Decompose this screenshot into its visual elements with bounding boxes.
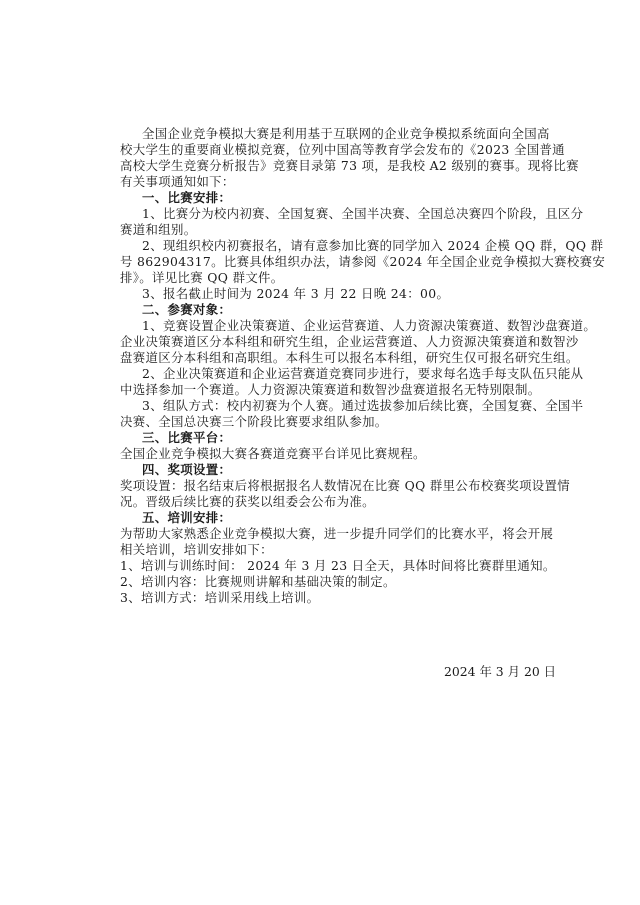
intro-line: 全国企业竞争模拟大赛是利用基于互联网的企业竞争模拟系统面向全国高 bbox=[142, 126, 564, 142]
body-line: 中选择参加一个赛道。人力资源决策赛道和数智沙盘赛道报名无特别限制。 bbox=[120, 382, 542, 398]
body-line: 1、竞赛设置企业决策赛道、企业运营赛道、人力资源决策赛道、数智沙盘赛道。 bbox=[142, 318, 564, 334]
body-line: 赛道和组别。 bbox=[120, 222, 542, 238]
document-date: 2024 年 3 月 20 日 bbox=[444, 664, 556, 680]
body-line: 1、培训与训练时间： 2024 年 3 月 23 日全天，具体时间将比赛群里通知… bbox=[120, 558, 542, 574]
intro-line: 有关事项通知如下： bbox=[120, 174, 542, 190]
body-line: 号 862904317。比赛具体组织办法，请参阅《2024 年全国企业竞争模拟大… bbox=[120, 254, 542, 270]
body-line: 2、培训内容：比赛规则讲解和基础决策的制定。 bbox=[120, 574, 542, 590]
section-heading-platform: 三、比赛平台： bbox=[142, 430, 564, 446]
body-line: 相关培训，培训安排如下： bbox=[120, 542, 542, 558]
section-heading-training: 五、培训安排： bbox=[142, 510, 564, 526]
document-page: 全国企业竞争模拟大赛是利用基于互联网的企业竞争模拟系统面向全国高 校大学生的重要… bbox=[0, 0, 640, 905]
body-line: 企业决策赛道区分本科组和研究生组，企业运营赛道、人力资源决策赛道和数智沙 bbox=[120, 334, 542, 350]
body-line: 盘赛道区分本科组和高职组。本科生可以报名本科组，研究生仅可报名研究生组。 bbox=[120, 350, 542, 366]
body-line: 决赛、全国总决赛三个阶段比赛要求组队参加。 bbox=[120, 414, 542, 430]
body-line: 2、企业决策赛道和企业运营赛道竞赛同步进行，要求每名选手每支队伍只能从 bbox=[142, 366, 564, 382]
section-heading-participants: 二、参赛对象： bbox=[142, 302, 564, 318]
body-line: 奖项设置：报名结束后将根据报名人数情况在比赛 QQ 群里公布校赛奖项设置情 bbox=[120, 478, 542, 494]
body-line: 为帮助大家熟悉企业竞争模拟大赛，进一步提升同学们的比赛水平，将会开展 bbox=[120, 526, 542, 542]
body-line: 排》。详见比赛 QQ 群文件。 bbox=[120, 270, 542, 286]
body-line: 况。晋级后续比赛的获奖以组委会公布为准。 bbox=[120, 494, 542, 510]
intro-line: 高校大学生竞赛分析报告》竞赛目录第 73 项，是我校 A2 级别的赛事。现将比赛 bbox=[120, 158, 542, 174]
body-line: 3、报名截止时间为 2024 年 3 月 22 日晚 24：00。 bbox=[142, 286, 564, 302]
body-line: 2、现组织校内初赛报名，请有意参加比赛的同学加入 2024 企模 QQ 群，QQ… bbox=[142, 238, 564, 254]
section-heading-awards: 四、奖项设置： bbox=[142, 462, 564, 478]
intro-line: 校大学生的重要商业模拟竞赛，位列中国高等教育学会发布的《2023 全国普通 bbox=[120, 142, 542, 158]
body-line: 1、比赛分为校内初赛、全国复赛、全国半决赛、全国总决赛四个阶段，且区分 bbox=[142, 206, 564, 222]
body-line: 3、组队方式：校内初赛为个人赛。通过选拔参加后续比赛，全国复赛、全国半 bbox=[142, 398, 564, 414]
section-heading-schedule: 一、比赛安排： bbox=[142, 190, 564, 206]
body-line: 3、培训方式：培训采用线上培训。 bbox=[120, 590, 542, 606]
body-line: 全国企业竞争模拟大赛各赛道竞赛平台详见比赛规程。 bbox=[120, 446, 542, 462]
